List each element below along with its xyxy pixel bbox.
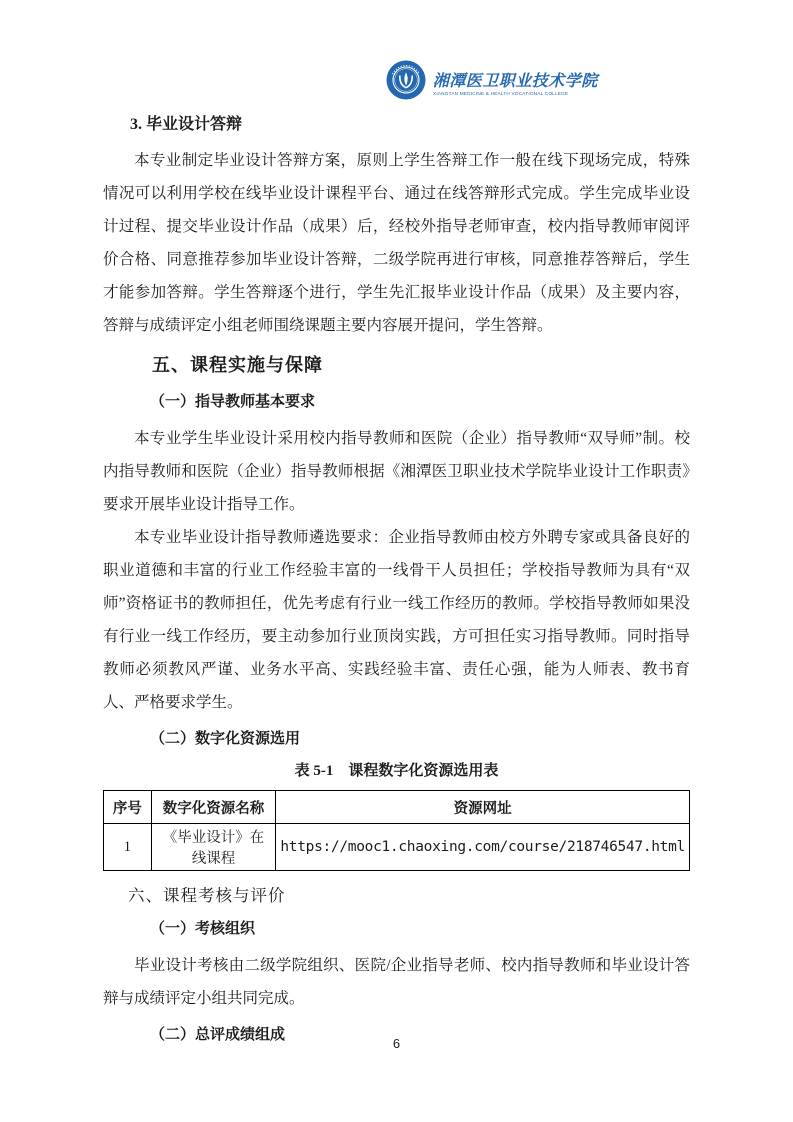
cell-index: 1 [104,824,152,871]
table-caption: 表 5-1 课程数字化资源选用表 [103,759,690,783]
college-name-block: 湘潭医卫职业技术学院 XIANGTAN MEDICINE & HEALTH VO… [433,68,693,97]
paragraph-defense: 本专业制定毕业设计答辩方案，原则上学生答辩工作一般在线下现场完成，特殊情况可以利… [103,144,690,342]
heading-6-1-assessment-organization: （一）考核组织 [150,917,690,941]
table-header-row: 序号 数字化资源名称 资源网址 [104,791,690,824]
heading-5-2-digital-resources: （二）数字化资源选用 [150,727,690,751]
college-name-en: XIANGTAN MEDICINE & HEALTH VOCATIONAL CO… [433,91,568,94]
heading-section-6: 六、课程考核与评价 [128,883,690,909]
paragraph-assessment: 毕业设计考核由二级学院组织、医院/企业指导老师、校内指导教师和毕业设计答辩与成绩… [103,949,690,1015]
paragraph-dual-tutor: 本专业学生毕业设计采用校内指导教师和医院（企业）指导教师“双导师”制。校内指导教… [103,422,690,521]
page-number: 6 [0,1036,793,1051]
header-logo: 湘潭医卫职业技术学院 XIANGTAN MEDICINE & HEALTH VO… [386,60,693,105]
college-emblem-icon [386,60,426,105]
table-row: 1 《毕业设计》在线课程 https://mooc1.chaoxing.com/… [104,824,690,871]
column-header-resource-name: 数字化资源名称 [151,791,276,824]
heading-section-5: 五、课程实施与保障 [152,351,690,379]
cell-resource-url: https://mooc1.chaoxing.com/course/218746… [276,824,690,871]
heading-defense: 3. 毕业设计答辩 [130,112,690,138]
column-header-resource-url: 资源网址 [276,791,690,824]
document-page: 湘潭医卫职业技术学院 XIANGTAN MEDICINE & HEALTH VO… [0,0,793,1122]
heading-5-1-teacher-requirements: （一）指导教师基本要求 [150,390,690,414]
college-name: 湘潭医卫职业技术学院 [433,68,693,91]
cell-resource-name: 《毕业设计》在线课程 [151,824,276,871]
column-header-index: 序号 [104,791,152,824]
digital-resource-table: 序号 数字化资源名称 资源网址 1 《毕业设计》在线课程 https://moo… [103,790,690,871]
paragraph-teacher-selection: 本专业毕业设计指导教师遴选要求：企业指导教师由校方外聘专家或具备良好的职业道德和… [103,521,690,719]
document-content: 3. 毕业设计答辩 本专业制定毕业设计答辩方案，原则上学生答辩工作一般在线下现场… [103,112,690,1055]
